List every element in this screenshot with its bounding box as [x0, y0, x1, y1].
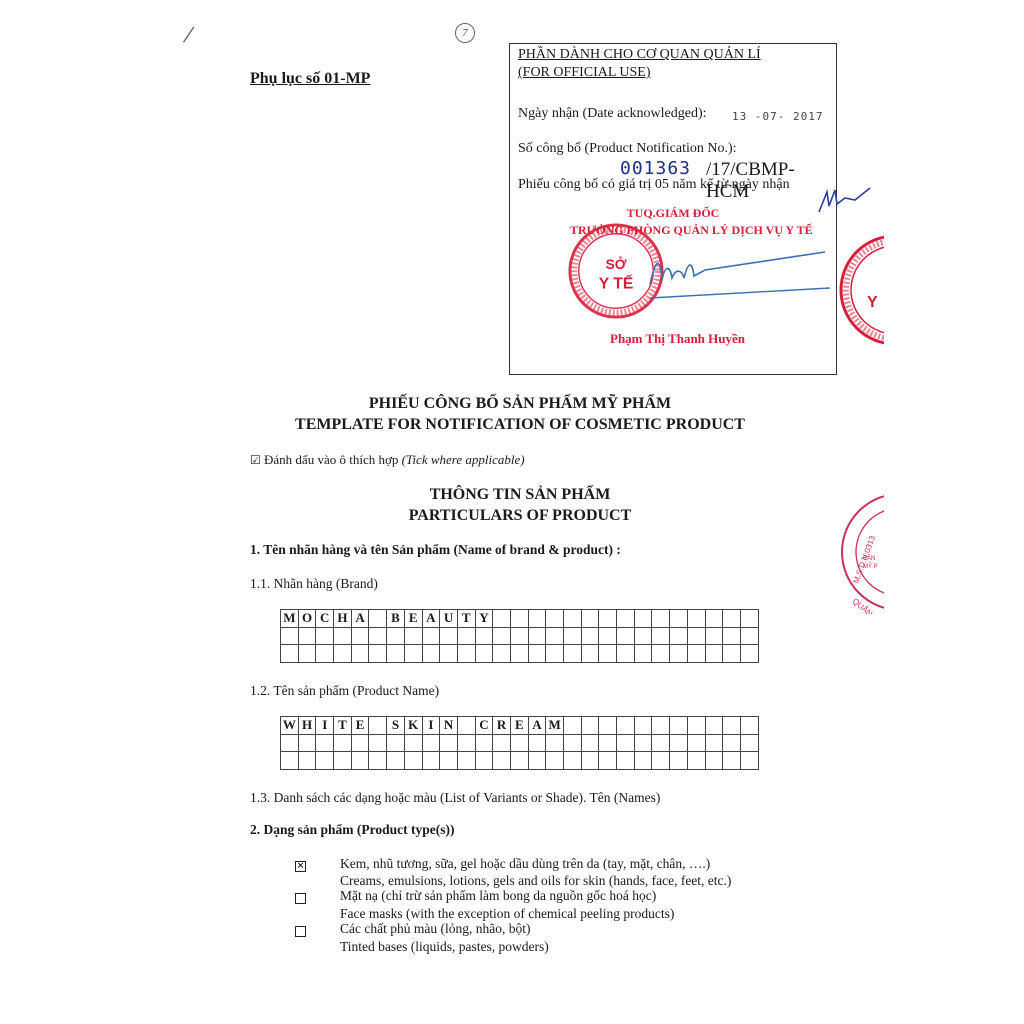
grid-cell[interactable] [546, 627, 564, 645]
grid-cell[interactable] [670, 717, 688, 735]
grid-cell[interactable] [617, 734, 635, 752]
notification-number-label: Số công bố (Product Notification No.): [518, 141, 737, 157]
grid-cell[interactable] [334, 752, 352, 770]
grid-cell[interactable] [546, 610, 564, 628]
grid-cell[interactable] [670, 627, 688, 645]
product-type-2-en: Face masks (with the exception of chemic… [340, 906, 674, 922]
grid-cell[interactable]: S [387, 717, 405, 735]
grid-cell[interactable] [475, 734, 493, 752]
grid-cell[interactable] [546, 752, 564, 770]
svg-text:SẢN: SẢN [863, 555, 875, 562]
section-title-vi: THÔNG TIN SẢN PHẨM [0, 486, 1024, 504]
grid-cell[interactable] [510, 610, 528, 628]
grid-cell[interactable] [705, 627, 723, 645]
grid-cell[interactable] [510, 752, 528, 770]
grid-cell[interactable] [546, 645, 564, 663]
grid-cell[interactable] [369, 610, 387, 628]
grid-cell[interactable] [740, 610, 758, 628]
grid-cell[interactable] [652, 627, 670, 645]
grid-cell[interactable] [564, 610, 582, 628]
signature-icon [610, 240, 840, 310]
grid-cell[interactable] [457, 627, 475, 645]
product-type-1-vi: Kem, nhũ tương, sữa, gel hoặc dầu dùng t… [340, 856, 710, 872]
grid-cell[interactable] [369, 627, 387, 645]
grid-cell[interactable]: E [351, 717, 369, 735]
grid-cell[interactable] [670, 752, 688, 770]
grid-cell[interactable] [298, 627, 316, 645]
grid-cell[interactable] [687, 752, 705, 770]
grid-cell[interactable] [351, 752, 369, 770]
grid-cell[interactable] [652, 717, 670, 735]
grid-cell[interactable] [351, 734, 369, 752]
grid-cell[interactable] [670, 645, 688, 663]
grid-cell[interactable] [581, 645, 599, 663]
grid-cell[interactable] [652, 645, 670, 663]
grid-cell[interactable] [369, 734, 387, 752]
grid-cell[interactable] [369, 645, 387, 663]
grid-cell[interactable] [457, 717, 475, 735]
grid-cell[interactable] [581, 734, 599, 752]
tick-note-en: (Tick where applicable) [402, 452, 525, 467]
grid-cell[interactable] [475, 752, 493, 770]
brand-char-grid[interactable]: MOCHABEAUTY [280, 609, 759, 663]
section1-heading: 1. Tên nhãn hàng và tên Sản phẩm (Name o… [250, 542, 621, 558]
grid-cell[interactable]: E [510, 717, 528, 735]
tick-note-vi: Đánh dấu vào ô thích hợp [264, 452, 398, 467]
grid-cell[interactable]: A [422, 610, 440, 628]
grid-cell[interactable] [422, 645, 440, 663]
grid-cell[interactable]: R [493, 717, 511, 735]
svg-text:Y: Y [867, 294, 878, 311]
grid-cell[interactable] [457, 752, 475, 770]
validity-note: Phiếu công bố có giá trị 05 năm kể từ ng… [518, 177, 790, 193]
grid-cell[interactable] [475, 627, 493, 645]
notification-number-value: 001363 [620, 158, 691, 179]
grid-cell[interactable] [281, 734, 299, 752]
grid-cell[interactable] [334, 627, 352, 645]
section-title-en: PARTICULARS OF PRODUCT [0, 507, 1024, 525]
grid-cell[interactable] [422, 734, 440, 752]
grid-cell[interactable] [457, 734, 475, 752]
partial-stamp-icon: Y [837, 232, 884, 350]
grid-cell[interactable] [564, 734, 582, 752]
grid-cell[interactable] [546, 734, 564, 752]
official-use-box: PHẦN DÀNH CHO CƠ QUAN QUẢN LÍ (FOR OFFIC… [509, 43, 837, 375]
grid-cell[interactable] [493, 627, 511, 645]
grid-cell[interactable]: I [316, 717, 334, 735]
grid-cell[interactable]: T [457, 610, 475, 628]
grid-cell[interactable] [670, 734, 688, 752]
grid-cell[interactable] [687, 610, 705, 628]
grid-cell[interactable] [670, 610, 688, 628]
grid-cell[interactable] [634, 752, 652, 770]
grid-cell[interactable]: M [546, 717, 564, 735]
grid-cell[interactable] [652, 752, 670, 770]
date-acknowledged-value: 13 -07- 2017 [732, 110, 823, 123]
grid-cell[interactable] [687, 734, 705, 752]
grid-cell[interactable] [617, 627, 635, 645]
product-name-char-grid[interactable]: WHITESKINCREAM [280, 716, 759, 770]
grid-cell[interactable] [528, 610, 546, 628]
grid-cell[interactable] [599, 717, 617, 735]
variants-label: 1.3. Danh sách các dạng hoặc màu (List o… [250, 790, 660, 806]
svg-text:MỸ P: MỸ P [863, 563, 878, 570]
svg-text:QUẬN: QUẬN [851, 597, 875, 614]
grid-cell[interactable] [599, 734, 617, 752]
grid-cell[interactable] [740, 645, 758, 663]
grid-cell[interactable] [617, 717, 635, 735]
checked-box-icon: ☑ [250, 453, 261, 467]
grid-cell[interactable] [493, 610, 511, 628]
handwritten-mark: / [181, 20, 196, 51]
grid-cell[interactable] [687, 645, 705, 663]
grid-cell[interactable] [334, 645, 352, 663]
product-type-checkbox-3[interactable] [295, 926, 306, 937]
grid-cell[interactable]: H [334, 610, 352, 628]
initials-scribble-icon [815, 180, 875, 220]
grid-cell[interactable] [440, 752, 458, 770]
grid-cell[interactable] [564, 627, 582, 645]
grid-cell[interactable] [705, 717, 723, 735]
product-type-checkbox-1[interactable]: × [295, 861, 306, 872]
product-name-label: 1.2. Tên sản phẩm (Product Name) [250, 683, 439, 699]
grid-cell[interactable]: O [298, 610, 316, 628]
grid-cell[interactable] [581, 752, 599, 770]
grid-cell[interactable]: W [281, 717, 299, 735]
grid-cell[interactable] [723, 717, 741, 735]
grid-cell[interactable]: A [528, 717, 546, 735]
grid-cell[interactable]: N [440, 717, 458, 735]
grid-cell[interactable] [387, 627, 405, 645]
grid-cell[interactable] [422, 627, 440, 645]
grid-cell[interactable] [510, 645, 528, 663]
grid-cell[interactable] [281, 645, 299, 663]
grid-cell[interactable] [369, 752, 387, 770]
grid-cell[interactable] [564, 645, 582, 663]
grid-cell[interactable]: Y [475, 610, 493, 628]
grid-cell[interactable] [334, 734, 352, 752]
grid-cell[interactable] [599, 610, 617, 628]
grid-cell[interactable] [493, 645, 511, 663]
grid-cell[interactable] [617, 752, 635, 770]
grid-cell[interactable] [564, 717, 582, 735]
grid-cell[interactable]: E [404, 610, 422, 628]
grid-cell[interactable] [634, 610, 652, 628]
grid-cell[interactable] [634, 717, 652, 735]
grid-cell[interactable] [723, 610, 741, 628]
grid-cell[interactable] [316, 627, 334, 645]
official-heading-vi: PHẦN DÀNH CHO CƠ QUAN QUẢN LÍ [518, 47, 761, 63]
grid-cell[interactable] [404, 645, 422, 663]
document-title-en: TEMPLATE FOR NOTIFICATION OF COSMETIC PR… [0, 416, 1024, 434]
grid-cell[interactable] [634, 627, 652, 645]
grid-cell[interactable] [705, 752, 723, 770]
product-type-3-en: Tinted bases (liquids, pastes, powders) [340, 939, 549, 955]
grid-cell[interactable]: A [351, 610, 369, 628]
grid-cell[interactable]: T [334, 717, 352, 735]
product-type-2-vi: Mặt nạ (chỉ trừ sản phẩm làm bong da ngu… [340, 888, 656, 904]
circled-page-number: 7 [455, 23, 475, 43]
grid-cell[interactable] [599, 627, 617, 645]
grid-cell[interactable]: B [387, 610, 405, 628]
grid-cell[interactable] [316, 645, 334, 663]
grid-cell[interactable] [723, 752, 741, 770]
product-type-3-vi: Các chất phủ màu (lỏng, nhão, bột) [340, 921, 530, 937]
grid-cell[interactable] [298, 752, 316, 770]
grid-cell[interactable] [493, 734, 511, 752]
grid-cell[interactable] [652, 734, 670, 752]
grid-cell[interactable] [723, 645, 741, 663]
grid-cell[interactable] [316, 752, 334, 770]
grid-cell[interactable] [387, 734, 405, 752]
grid-cell[interactable]: H [298, 717, 316, 735]
grid-cell[interactable] [723, 734, 741, 752]
grid-cell[interactable] [440, 627, 458, 645]
signer-name: Phạm Thị Thanh Huyền [610, 331, 745, 347]
grid-cell[interactable] [687, 717, 705, 735]
grid-cell[interactable] [457, 645, 475, 663]
grid-cell[interactable] [351, 645, 369, 663]
grid-cell[interactable]: M [281, 610, 299, 628]
grid-cell[interactable] [528, 645, 546, 663]
grid-cell[interactable] [404, 627, 422, 645]
grid-cell[interactable] [493, 752, 511, 770]
grid-cell[interactable] [705, 734, 723, 752]
appendix-title: Phụ lục số 01-MP [250, 70, 370, 88]
grid-cell[interactable] [617, 610, 635, 628]
grid-cell[interactable] [581, 610, 599, 628]
grid-cell[interactable] [528, 734, 546, 752]
grid-cell[interactable] [652, 610, 670, 628]
grid-cell[interactable] [510, 734, 528, 752]
grid-cell[interactable] [687, 627, 705, 645]
grid-cell[interactable] [599, 645, 617, 663]
grid-cell[interactable] [599, 752, 617, 770]
grid-cell[interactable] [281, 627, 299, 645]
grid-cell[interactable] [740, 734, 758, 752]
grid-cell[interactable] [564, 752, 582, 770]
grid-cell[interactable] [281, 752, 299, 770]
official-heading-en: (FOR OFFICIAL USE) [518, 65, 651, 81]
product-type-checkbox-2[interactable] [295, 893, 306, 904]
document-title-vi: PHIẾU CÔNG BỐ SẢN PHẨM MỸ PHẨM [0, 395, 1024, 413]
grid-cell[interactable] [369, 717, 387, 735]
tick-note: ☑ Đánh dấu vào ô thích hợp (Tick where a… [250, 452, 525, 468]
grid-cell[interactable] [723, 627, 741, 645]
grid-cell[interactable] [581, 717, 599, 735]
grid-cell[interactable]: C [475, 717, 493, 735]
product-type-1-en: Creams, emulsions, lotions, gels and oil… [340, 873, 731, 889]
grid-cell[interactable] [404, 752, 422, 770]
grid-cell[interactable] [634, 734, 652, 752]
grid-cell[interactable] [740, 627, 758, 645]
signature-title: TUQ.GIÁM ĐỐC [510, 206, 836, 221]
grid-cell[interactable] [298, 645, 316, 663]
grid-cell[interactable] [740, 752, 758, 770]
section2-heading: 2. Dạng sản phẩm (Product type(s)) [250, 822, 455, 838]
grid-cell[interactable] [298, 734, 316, 752]
grid-cell[interactable] [510, 627, 528, 645]
brand-label: 1.1. Nhãn hàng (Brand) [250, 576, 378, 592]
grid-cell[interactable]: K [404, 717, 422, 735]
grid-cell[interactable]: I [422, 717, 440, 735]
grid-cell[interactable]: C [316, 610, 334, 628]
grid-cell[interactable] [705, 645, 723, 663]
grid-cell[interactable] [351, 627, 369, 645]
grid-cell[interactable] [705, 610, 723, 628]
grid-cell[interactable] [617, 645, 635, 663]
grid-cell[interactable] [316, 734, 334, 752]
grid-cell[interactable] [404, 734, 422, 752]
grid-cell[interactable] [634, 645, 652, 663]
grid-cell[interactable] [528, 752, 546, 770]
grid-cell[interactable] [387, 645, 405, 663]
grid-cell[interactable] [528, 627, 546, 645]
grid-cell[interactable] [387, 752, 405, 770]
date-acknowledged-label: Ngày nhận (Date acknowledged): [518, 106, 707, 122]
grid-cell[interactable] [740, 717, 758, 735]
grid-cell[interactable] [440, 645, 458, 663]
grid-cell[interactable] [422, 752, 440, 770]
grid-cell[interactable]: U [440, 610, 458, 628]
grid-cell[interactable] [475, 645, 493, 663]
grid-cell[interactable] [581, 627, 599, 645]
grid-cell[interactable] [440, 734, 458, 752]
